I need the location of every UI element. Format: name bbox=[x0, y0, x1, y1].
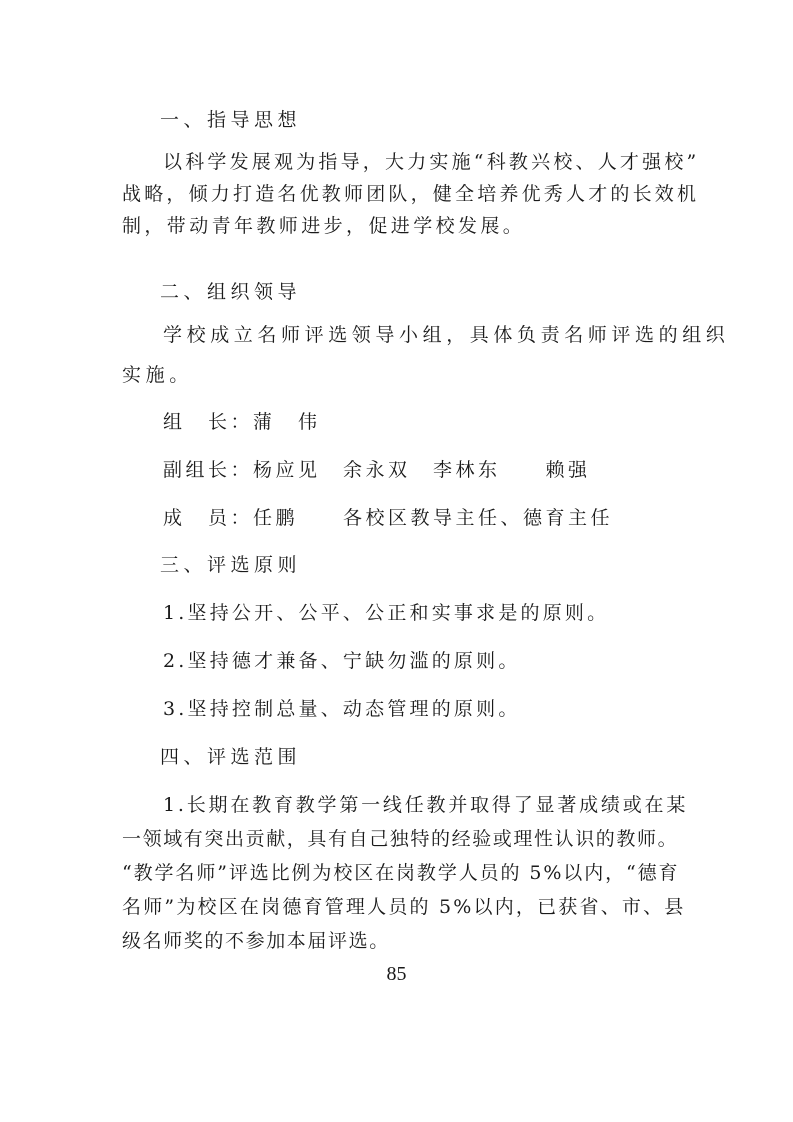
paragraph-line: 战略，倾力打造名优教师团队，健全培养优秀人才的长效机 bbox=[122, 182, 699, 206]
paragraph-line: 以科学发展观为指导，大力实施“科教兴校、人才强校” bbox=[163, 150, 699, 174]
section-heading-3: 三、评选原则 bbox=[160, 553, 301, 577]
paragraph-line: 一领域有突出贡献，具有自己独特的经验或理性认识的教师。 bbox=[122, 827, 678, 851]
member-leader: 组 长：蒲 伟 bbox=[163, 410, 321, 434]
paragraph-line: 学校成立名师评选领导小组，具体负责名师评选的组织 bbox=[163, 323, 729, 347]
member-members: 成 员：任鹏 各校区教导主任、德育主任 bbox=[163, 506, 613, 530]
section-heading-2: 二、组织领导 bbox=[160, 280, 301, 304]
principle-item: 2.坚持德才兼备、宁缺勿滥的原则。 bbox=[163, 649, 521, 673]
paragraph-line: 名师”为校区在岗德育管理人员的 5%以内，已获省、市、县 bbox=[122, 895, 686, 919]
principle-item: 1.坚持公开、公平、公正和实事求是的原则。 bbox=[163, 601, 609, 625]
section-heading-4: 四、评选范围 bbox=[160, 745, 301, 769]
principle-item: 3.坚持控制总量、动态管理的原则。 bbox=[163, 697, 521, 721]
member-deputy-leaders: 副组长：杨应见 余永双 李林东 赖强 bbox=[163, 458, 591, 482]
section-heading-1: 一、指导思想 bbox=[160, 108, 301, 132]
page-number: 85 bbox=[0, 963, 793, 986]
paragraph-line: 实施。 bbox=[122, 363, 193, 387]
paragraph-line: 1.长期在教育教学第一线任教并取得了显著成绩或在某 bbox=[163, 793, 688, 817]
paragraph-line: 级名师奖的不参加本届评选。 bbox=[122, 929, 390, 953]
paragraph-line: “教学名师”评选比例为校区在岗教学人员的 5%以内，“德育 bbox=[122, 861, 679, 885]
paragraph-line: 制，带动青年教师进步，促进学校发展。 bbox=[122, 214, 525, 238]
